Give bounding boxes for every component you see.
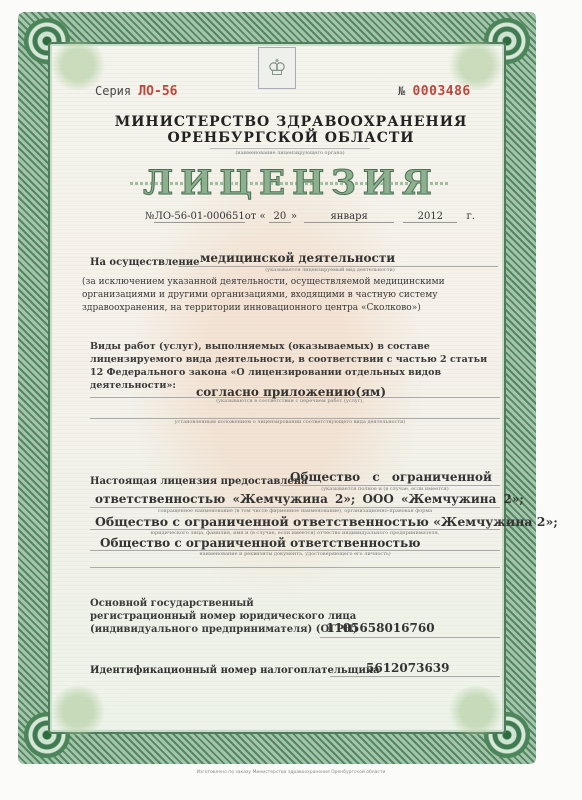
- ogrn-value: 1105658016760: [326, 621, 435, 635]
- license-month: января: [304, 211, 394, 223]
- ogrn-label: Основной государственный регистрационный…: [90, 597, 358, 636]
- license-number-prefix: №: [145, 211, 154, 222]
- series-label: Серия: [95, 84, 131, 98]
- document-title: ЛИЦЕНЗИЯ: [0, 163, 582, 203]
- corner-ornament-icon: [48, 686, 108, 736]
- ogrn-label-line-1: Основной государственный: [90, 597, 358, 610]
- coat-of-arms-icon: ♔: [258, 47, 296, 89]
- license-day: 20: [269, 211, 291, 223]
- licensee-note-4: наименование и реквизиты документа, удос…: [130, 551, 460, 557]
- authority-note: (наименование лицензирующего органа): [210, 148, 370, 156]
- form-number: № 0003486: [398, 84, 471, 99]
- ogrn-label-line-2: регистрационный номер юридического лица: [90, 610, 358, 623]
- authority-line-2: ОРЕНБУРГСКОЙ ОБЛАСТИ: [0, 130, 582, 146]
- ogrn-label-line-3: (индивидуального предпринимателя) (ОГРН): [90, 623, 358, 636]
- activity-value: медицинской деятельности: [200, 251, 395, 265]
- form-number-value: 0003486: [412, 84, 470, 99]
- inn-label: Идентификационный номер налогоплательщик…: [90, 665, 380, 676]
- works-note-1: (указываются в соответствии с перечнем р…: [170, 398, 410, 404]
- works-note-2: установленным положением о лицензировани…: [130, 419, 450, 425]
- day-suffix: »: [291, 211, 297, 222]
- activity-exclusion: (за исключением указанной деятельности, …: [82, 276, 502, 315]
- corner-ornament-icon: [446, 40, 506, 90]
- licensee-line-2: ответственностью «Жемчужина 2»; ООО «Жем…: [95, 492, 524, 506]
- date-prefix: от «: [245, 211, 266, 222]
- licensee-line-3: Общество с ограниченной ответственностью…: [95, 514, 558, 529]
- form-number-label: №: [398, 84, 405, 98]
- license-year: 2012: [403, 211, 457, 223]
- corner-ornament-icon: [446, 686, 506, 736]
- license-number-row: №ЛО-56-01-000651от « 20» января 2012 г.: [145, 211, 475, 223]
- year-suffix: г.: [467, 211, 475, 222]
- printer-note: Изготовлено по заказу Министерства здрав…: [0, 770, 582, 775]
- series: Серия ЛО-56: [95, 84, 178, 99]
- activity-note: (указывается лицензируемый вид деятельно…: [230, 267, 430, 273]
- series-value: ЛО-56: [138, 84, 177, 99]
- licensee-label: Настоящая лицензия предоставлена: [90, 476, 308, 487]
- works-value: согласно приложению(ям): [0, 385, 582, 399]
- licensee-line-1: Общество с ограниченной: [290, 470, 492, 484]
- corner-ornament-icon: [48, 40, 108, 90]
- authority-line-1: МИНИСТЕРСТВО ЗДРАВООХРАНЕНИЯ: [0, 114, 582, 130]
- license-number: ЛО-56-01-000651: [154, 211, 244, 223]
- inn-value: 5612073639: [366, 661, 450, 675]
- licensee-line-4: Общество с ограниченной ответственностью: [100, 536, 420, 550]
- issuing-authority: МИНИСТЕРСТВО ЗДРАВООХРАНЕНИЯ ОРЕНБУРГСКО…: [0, 114, 582, 146]
